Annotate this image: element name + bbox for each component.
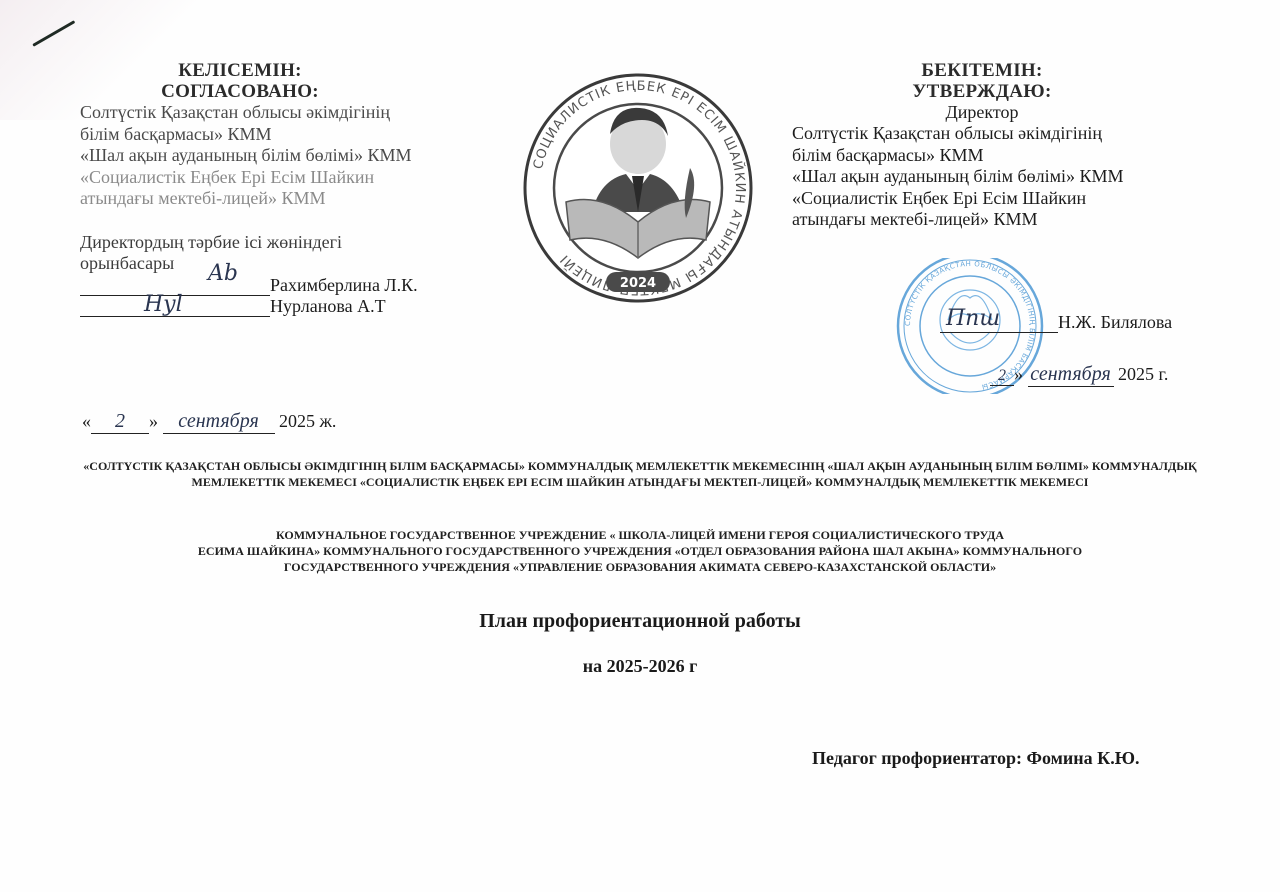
approved-org-line: «Социалистік Еңбек Ері Есім Шайкин (792, 188, 1212, 210)
agreed-title-kz: КЕЛІСЕМІН: (80, 60, 400, 81)
agreed-org-line: «Шал ақын ауданының білім бөлімі» КММ (80, 145, 500, 167)
institution-header-kz: «СОЛТҮСТІК ҚАЗАҚСТАН ОБЛЫСЫ ӘКІМДІГІНІҢ … (60, 458, 1220, 490)
approval-block-agreed: КЕЛІСЕМІН: СОГЛАСОВАНО: Солтүстік Қазақс… (80, 60, 500, 317)
approved-date: 2» сентября 2025 г. (990, 363, 1168, 387)
agreed-date: «2» сентября 2025 ж. (82, 410, 336, 434)
document-period: на 2025-2026 г (0, 656, 1280, 677)
deputy-position: Директордың тәрбие ісі жөніндегі орынбас… (80, 232, 500, 275)
approved-org-line: білім басқармасы» КММ (792, 145, 1212, 167)
handwritten-signature: Ab (208, 263, 238, 285)
header-line: ЕСИМА ШАЙКИНА» КОММУНАЛЬНОГО ГОСУДАРСТВЕ… (60, 543, 1220, 559)
agreed-org-line: «Социалистік Еңбек Ері Есім Шайкин (80, 167, 500, 189)
agreed-org-line: атындағы мектебі-лицей» КММ (80, 188, 500, 210)
signature-row: Ab Рахимберлина Л.К. (80, 275, 500, 296)
date-day: 2 (91, 410, 149, 434)
position-line: орынбасары (80, 253, 500, 275)
agreed-org-line: білім басқармасы» КММ (80, 124, 500, 146)
signature-row: Hyl Нурланова А.Т (80, 296, 500, 317)
agreed-title-ru: СОГЛАСОВАНО: (80, 81, 400, 102)
approver-signature-row: Ппш Н.Ж. Билялова (940, 312, 1172, 333)
signature-line: Hyl (80, 298, 270, 317)
approved-title-ru: УТВЕРЖДАЮ: (832, 81, 1132, 102)
handwritten-signature: Hyl (144, 294, 183, 316)
position-line: Директордың тәрбие ісі жөніндегі (80, 232, 500, 254)
date-month: сентября (1028, 363, 1114, 387)
date-day: 2 (990, 367, 1014, 386)
document-page: КЕЛІСЕМІН: СОГЛАСОВАНО: Солтүстік Қазақс… (0, 0, 1280, 892)
approved-org-line: атындағы мектебі-лицей» КММ (792, 209, 1212, 231)
agreed-org-line: Солтүстік Қазақстан облысы әкімдігінің (80, 102, 500, 124)
handwritten-signature: Ппш (946, 308, 1000, 330)
signature-line: Ппш (940, 314, 1058, 333)
quote-close: » (1014, 364, 1023, 384)
date-year: 2025 г. (1118, 364, 1168, 384)
emblem-year: 2024 (620, 276, 656, 291)
approver-role: Директор (832, 102, 1132, 123)
quote-close: » (149, 411, 158, 431)
quote-open: « (82, 411, 91, 431)
document-author: Педагог профориентатор: Фомина К.Ю. (812, 748, 1139, 769)
approved-title-kz: БЕКІТЕМІН: (832, 60, 1132, 81)
date-year: 2025 ж. (279, 411, 336, 431)
header-line: ГОСУДАРСТВЕННОГО УЧРЕЖДЕНИЯ «УПРАВЛЕНИЕ … (60, 559, 1220, 575)
signatory-name: Нурланова А.Т (270, 296, 386, 317)
institution-header-ru: КОММУНАЛЬНОЕ ГОСУДАРСТВЕННОЕ УЧРЕЖДЕНИЕ … (60, 527, 1220, 575)
approval-block-approved: БЕКІТЕМІН: УТВЕРЖДАЮ: Директор Солтүстік… (792, 60, 1212, 231)
signatory-name: Н.Ж. Билялова (1058, 312, 1172, 333)
approved-org-line: Солтүстік Қазақстан облысы әкімдігінің (792, 123, 1212, 145)
approved-org-line: «Шал ақын ауданының білім бөлімі» КММ (792, 166, 1212, 188)
school-emblem: СОЦИАЛИСТІК ЕҢБЕК ЕРІ ЕСІМ ШАЙКИН АТЫНДА… (522, 72, 754, 304)
document-title: План профориентационной работы (0, 610, 1280, 633)
header-line: КОММУНАЛЬНОЕ ГОСУДАРСТВЕННОЕ УЧРЕЖДЕНИЕ … (60, 527, 1220, 543)
signatory-name: Рахимберлина Л.К. (270, 275, 418, 296)
date-month: сентября (163, 410, 275, 434)
